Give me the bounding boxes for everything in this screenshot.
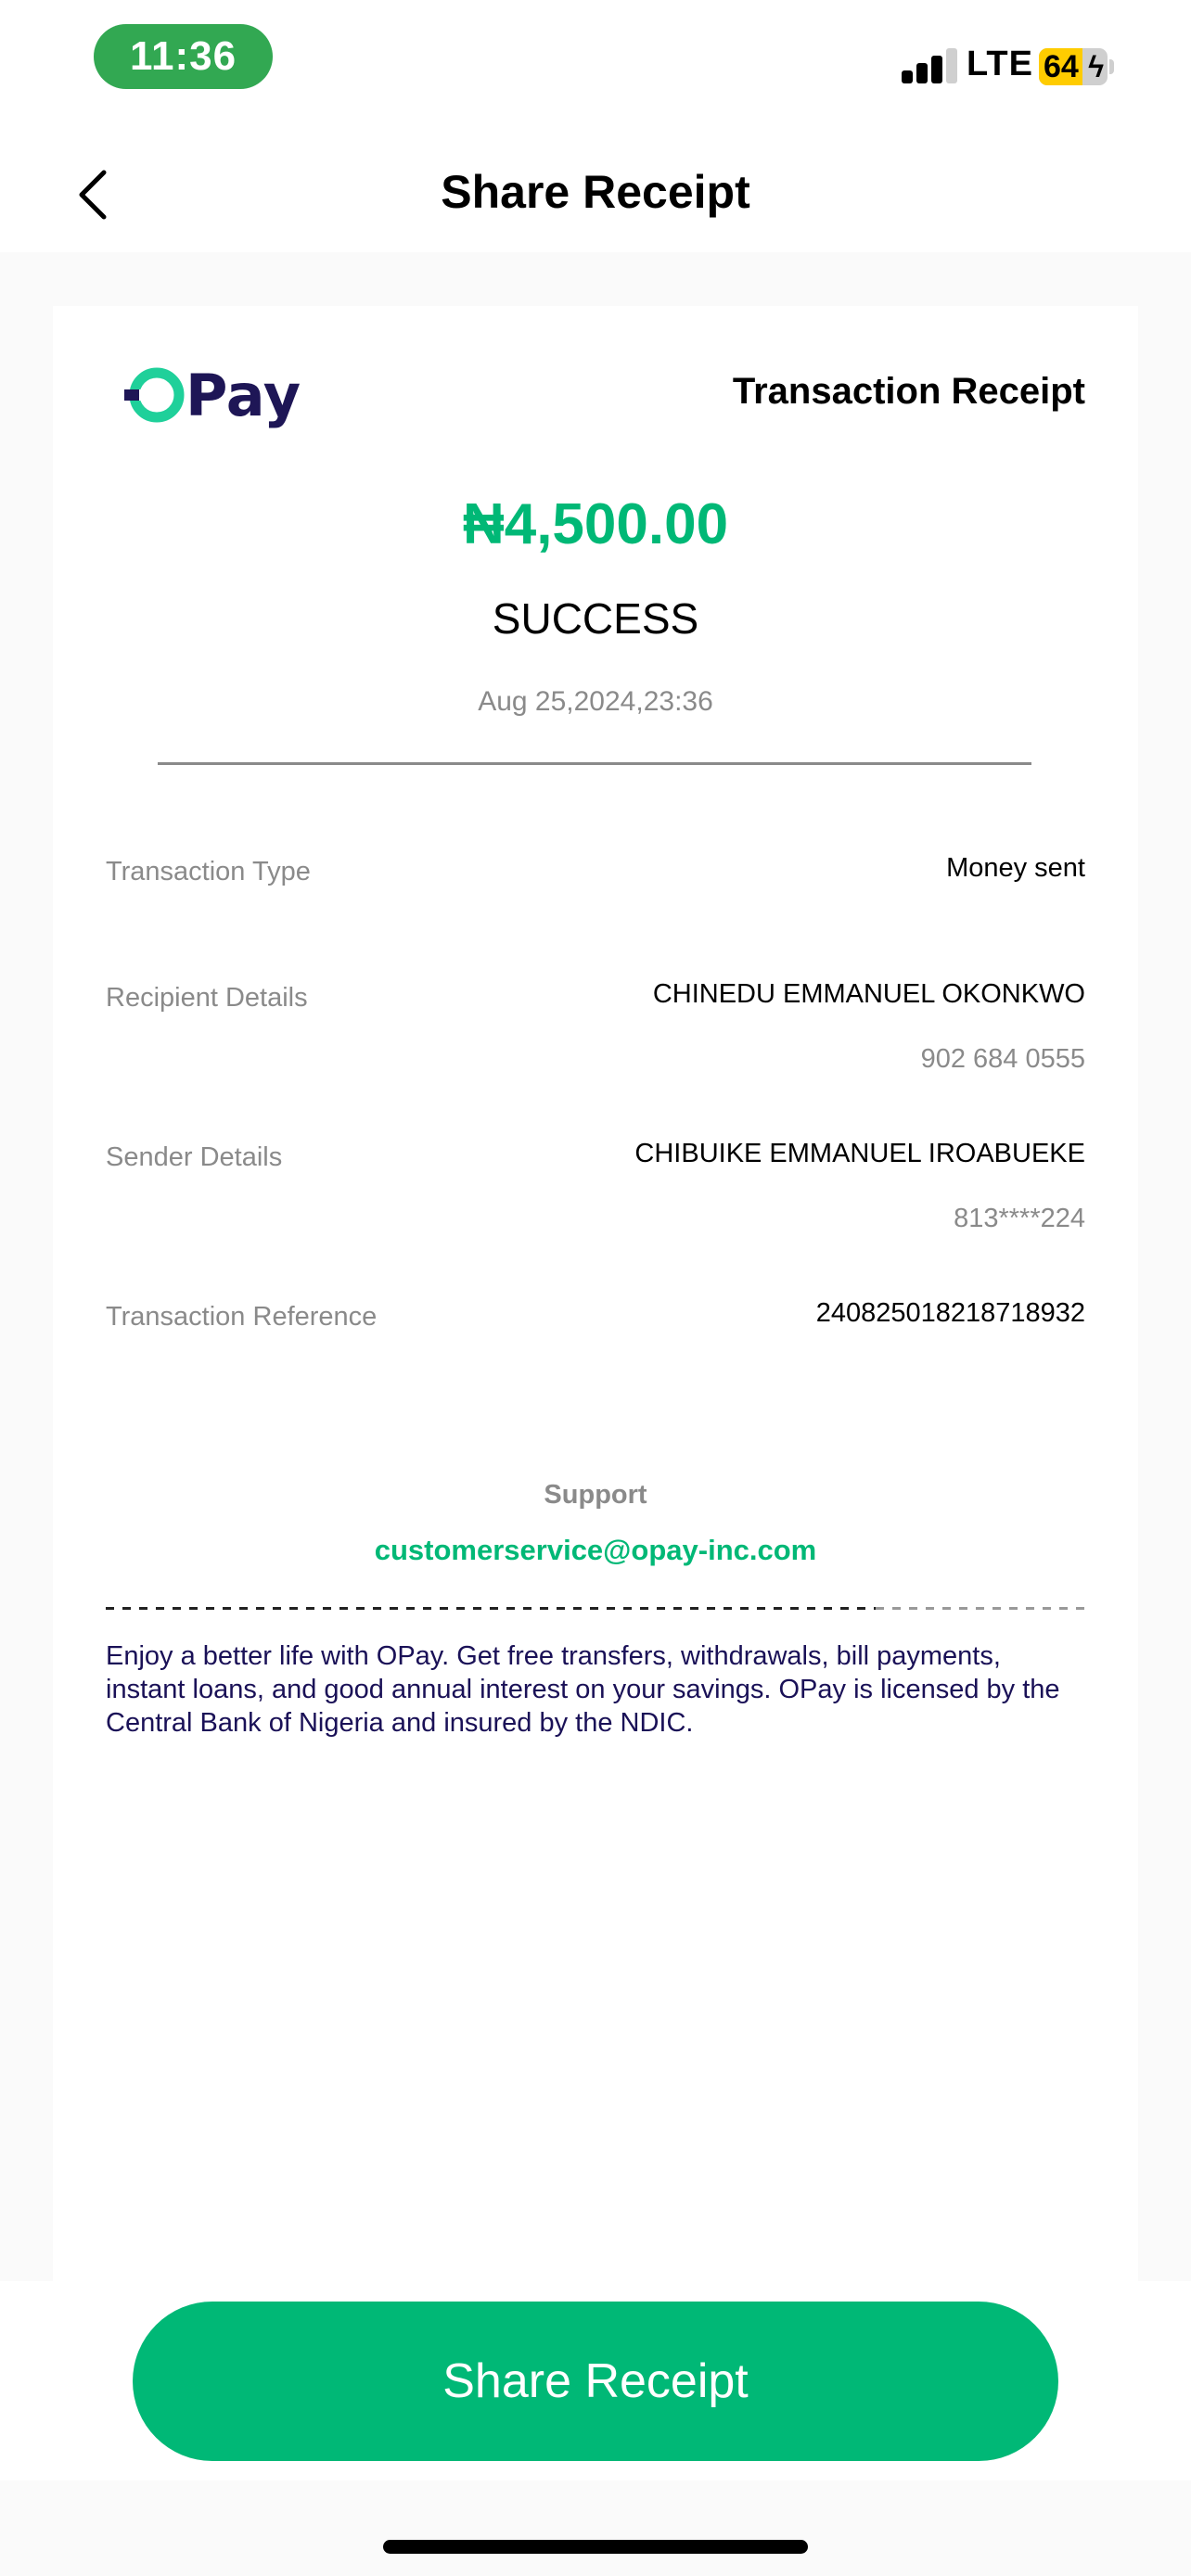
dashed-divider-faded xyxy=(876,1607,1085,1610)
transaction-amount: ₦4,500.00 xyxy=(53,491,1138,557)
detail-label: Recipient Details xyxy=(106,983,308,1014)
battery-tip xyxy=(1109,59,1114,74)
network-type: LTE xyxy=(967,45,1033,84)
charging-bolt-icon: ϟ xyxy=(1088,50,1104,84)
status-bar: 11:36 LTE 64 ϟ xyxy=(0,0,1191,139)
signal-icon xyxy=(902,48,957,83)
dashed-divider xyxy=(106,1607,876,1610)
receipt-card: Pay Transaction Receipt ₦4,500.00 SUCCES… xyxy=(53,306,1138,2281)
bottom-action-area: Share Receipt xyxy=(0,2281,1191,2480)
svg-text:Pay: Pay xyxy=(186,362,301,429)
receipt-title: Transaction Receipt xyxy=(733,371,1085,413)
battery-icon: 64 ϟ xyxy=(1039,48,1108,85)
detail-label: Transaction Reference xyxy=(106,1302,377,1333)
support-label: Support xyxy=(53,1480,1138,1511)
footer-disclaimer: Enjoy a better life with OPay. Get free … xyxy=(106,1639,1085,1740)
transaction-status: SUCCESS xyxy=(53,593,1138,644)
divider xyxy=(158,762,1031,765)
recipient-account: 902 684 0555 xyxy=(921,1044,1085,1075)
recipient-name: CHINEDU EMMANUEL OKONKWO xyxy=(653,979,1085,1010)
transaction-reference: 240825018218718932 xyxy=(816,1298,1085,1329)
sender-name: CHIBUIKE EMMANUEL IROABUEKE xyxy=(634,1139,1085,1169)
detail-label: Sender Details xyxy=(106,1142,282,1173)
opay-logo: Pay xyxy=(124,358,338,432)
support-email-link[interactable]: customerservice@opay-inc.com xyxy=(53,1534,1138,1567)
page-title: Share Receipt xyxy=(0,165,1191,219)
detail-label: Transaction Type xyxy=(106,857,311,887)
status-time: 11:36 xyxy=(94,24,273,89)
nav-bar: Share Receipt xyxy=(0,139,1191,252)
transaction-datetime: Aug 25,2024,23:36 xyxy=(53,686,1138,718)
battery-percent: 64 xyxy=(1044,49,1079,85)
home-indicator[interactable] xyxy=(383,2540,808,2554)
share-receipt-button[interactable]: Share Receipt xyxy=(133,2302,1058,2461)
detail-value: Money sent xyxy=(946,853,1085,884)
sender-account: 813****224 xyxy=(954,1204,1085,1234)
